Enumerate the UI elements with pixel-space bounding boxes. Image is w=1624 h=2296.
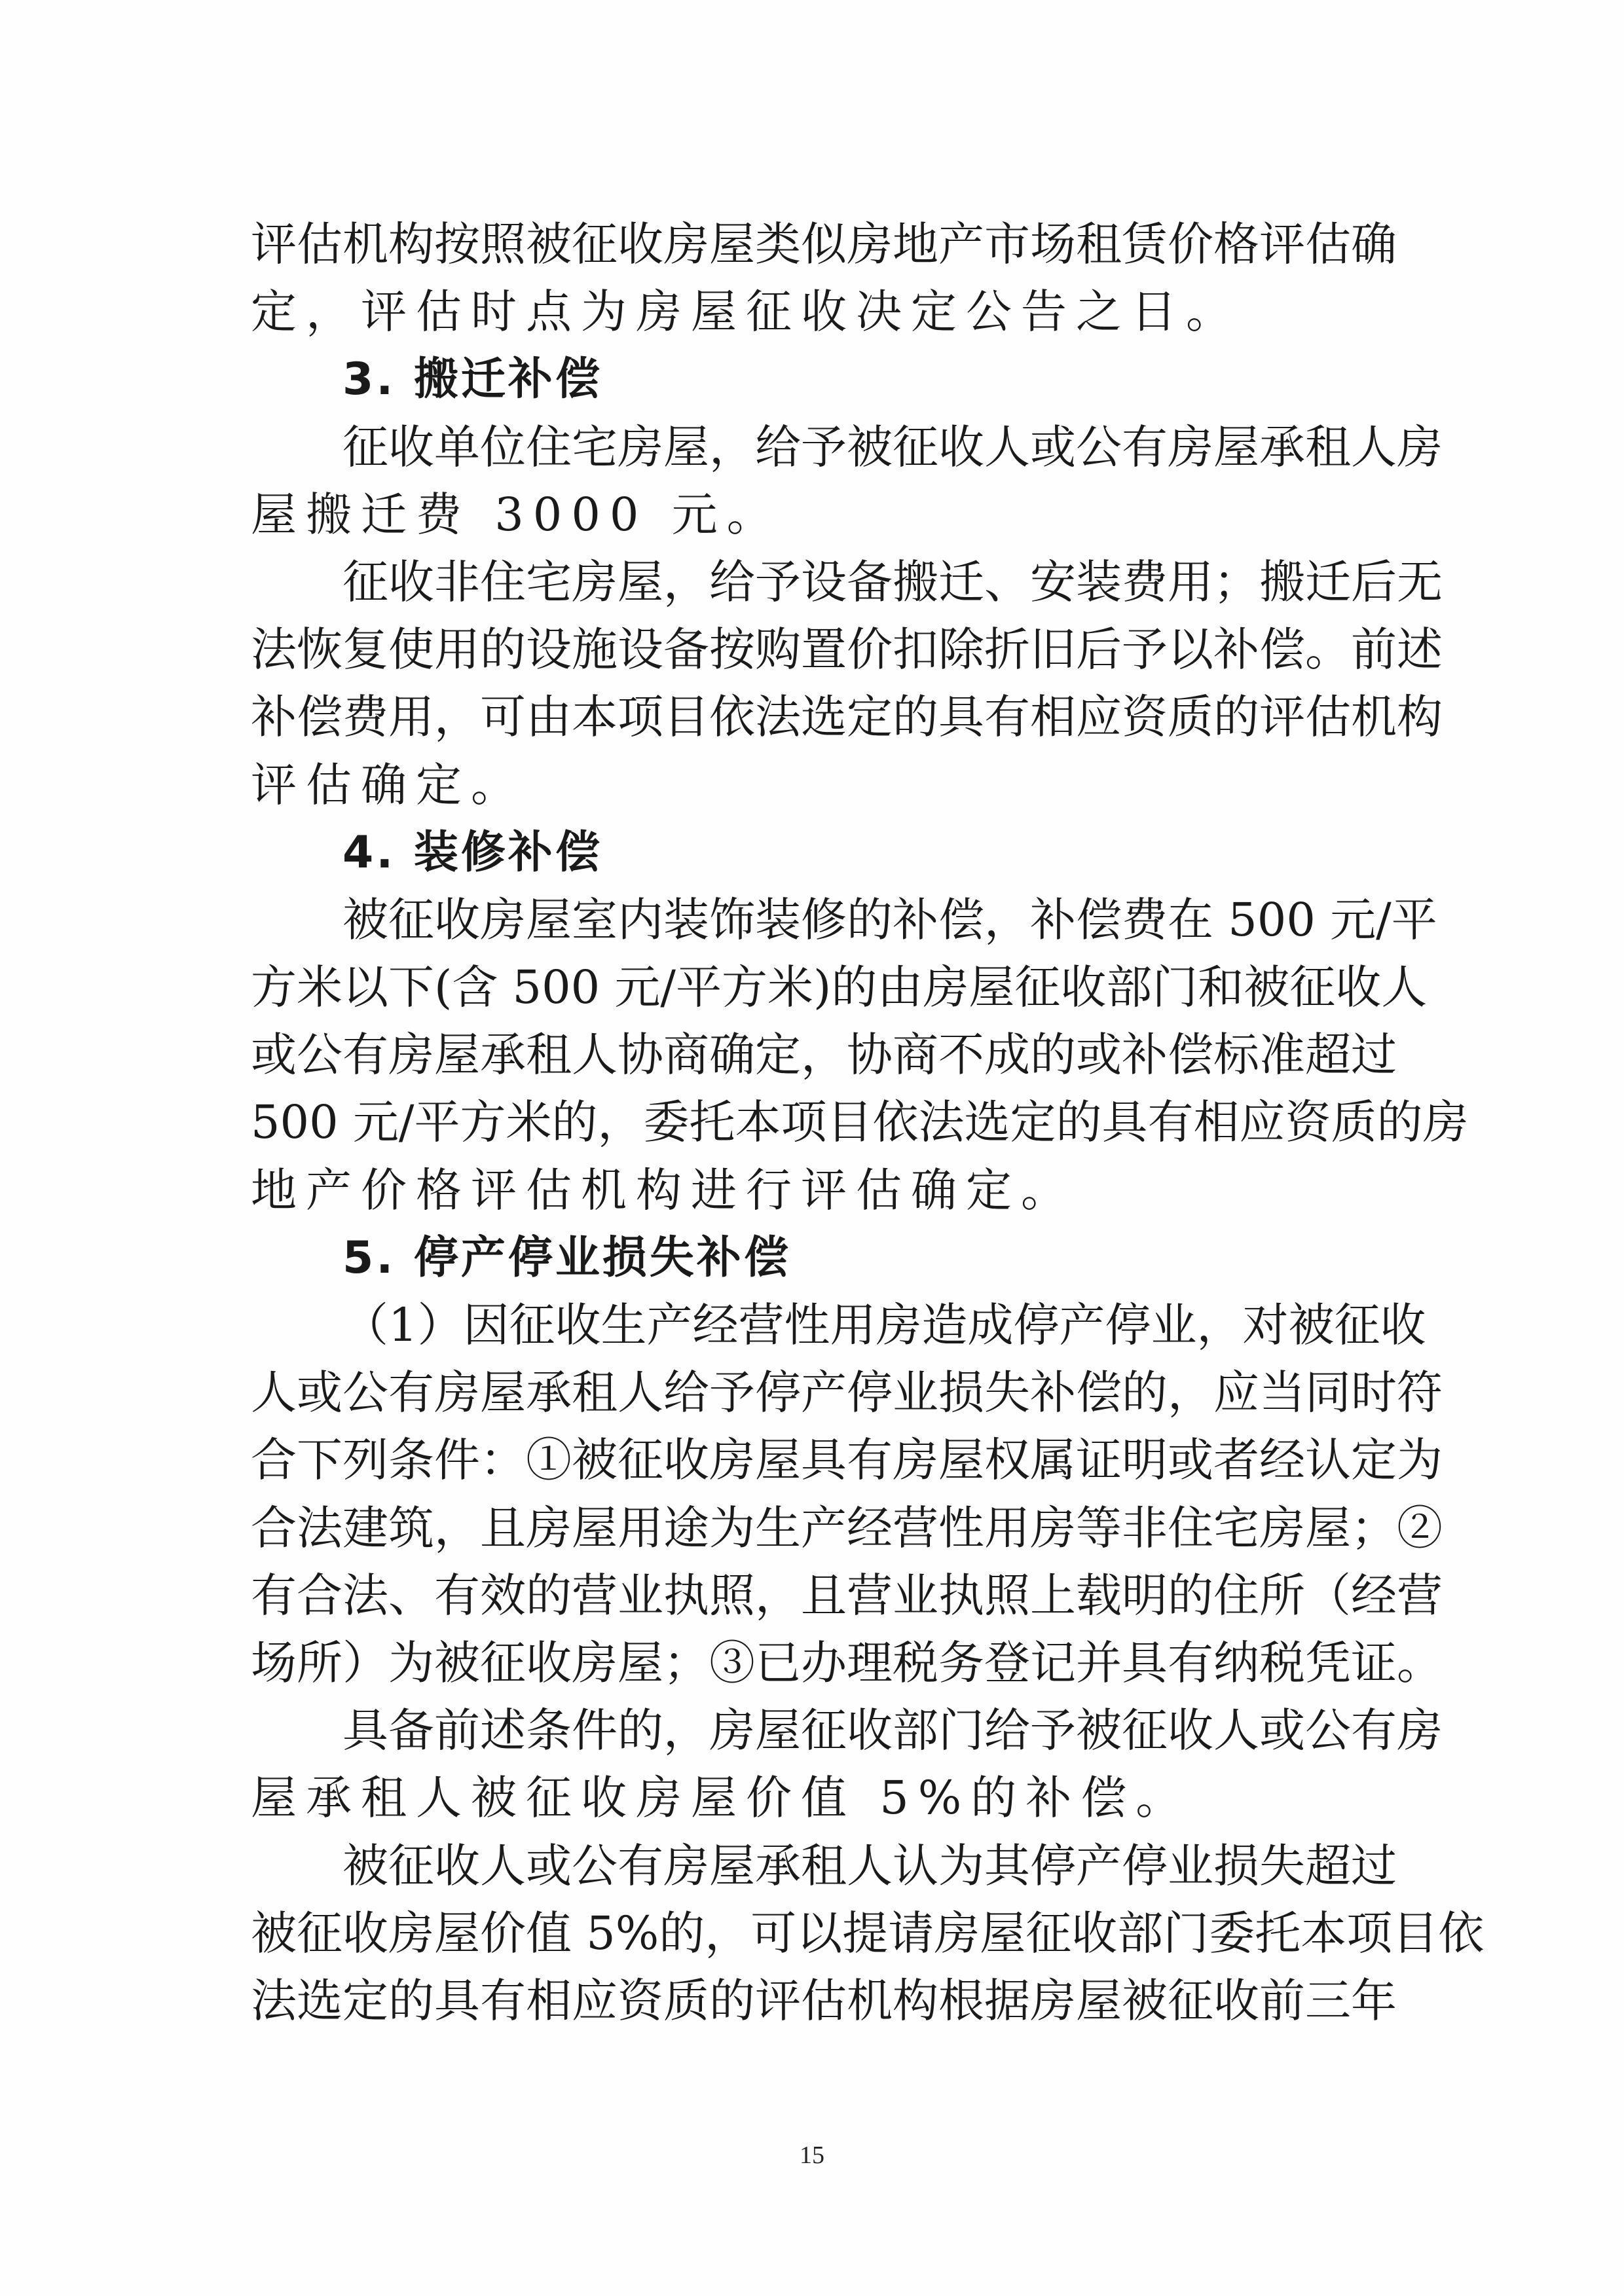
- paragraph-line: 或公有房屋承租人协商确定，协商不成的或补偿标准超过: [251, 1021, 1377, 1089]
- paragraph-line: 方米以下(含 500 元/平方米)的由房屋征收部门和被征收人: [251, 954, 1377, 1021]
- paragraph-line: （1）因征收生产经营性用房造成停产停业，对被征收: [251, 1292, 1377, 1359]
- section-heading-decoration: 4. 装修补偿: [251, 819, 1377, 886]
- paragraph-line: 被征收房屋价值 5%的，可以提请房屋征收部门委托本项目依: [251, 1900, 1377, 1967]
- paragraph-line: 补偿费用，可由本项目依法选定的具有相应资质的评估机构: [251, 683, 1377, 751]
- section-heading-relocation: 3. 搬迁补偿: [251, 346, 1377, 413]
- paragraph-line: 具备前述条件的，房屋征收部门给予被征收人或公有房: [251, 1697, 1377, 1764]
- document-page: 评估机构按照被征收房屋类似房地产市场租赁价格评估确 定，评估时点为房屋征收决定公…: [0, 0, 1624, 2296]
- paragraph-line: 场所）为被征收房屋；③已办理税务登记并具有纳税凭证。: [251, 1630, 1377, 1697]
- paragraph-line: 评估机构按照被征收房屋类似房地产市场租赁价格评估确: [251, 211, 1377, 278]
- paragraph-line: 屋承租人被征收房屋价值 5%的补偿。: [251, 1764, 1377, 1832]
- page-number: 15: [0, 2141, 1624, 2170]
- paragraph-line: 评估确定。: [251, 752, 1377, 819]
- document-body: 评估机构按照被征收房屋类似房地产市场租赁价格评估确 定，评估时点为房屋征收决定公…: [251, 211, 1377, 2035]
- paragraph-line: 被征收人或公有房屋承租人认为其停产停业损失超过: [251, 1832, 1377, 1900]
- paragraph-line: 法恢复使用的设施设备按购置价扣除折旧后予以补偿。前述: [251, 616, 1377, 683]
- paragraph-line: 征收单位住宅房屋，给予被征收人或公有房屋承租人房: [251, 414, 1377, 481]
- paragraph-line: 合下列条件：①被征收房屋具有房屋权属证明或者经认定为: [251, 1427, 1377, 1494]
- paragraph-line: 征收非住宅房屋，给予设备搬迁、安装费用；搬迁后无: [251, 549, 1377, 616]
- section-heading-business-loss: 5. 停产停业损失补偿: [251, 1224, 1377, 1292]
- paragraph-line: 被征收房屋室内装饰装修的补偿，补偿费在 500 元/平: [251, 886, 1377, 954]
- paragraph-line: 屋搬迁费 3000 元。: [251, 481, 1377, 549]
- paragraph-line: 500 元/平方米的，委托本项目依法选定的具有相应资质的房: [251, 1089, 1377, 1156]
- paragraph-line: 地产价格评估机构进行评估确定。: [251, 1157, 1377, 1224]
- paragraph-line: 定，评估时点为房屋征收决定公告之日。: [251, 278, 1377, 346]
- paragraph-line: 人或公有房屋承租人给予停产停业损失补偿的，应当同时符: [251, 1359, 1377, 1427]
- paragraph-line: 法选定的具有相应资质的评估机构根据房屋被征收前三年: [251, 1967, 1377, 2035]
- paragraph-line: 合法建筑，且房屋用途为生产经营性用房等非住宅房屋；②: [251, 1495, 1377, 1562]
- paragraph-line: 有合法、有效的营业执照，且营业执照上载明的住所（经营: [251, 1562, 1377, 1630]
